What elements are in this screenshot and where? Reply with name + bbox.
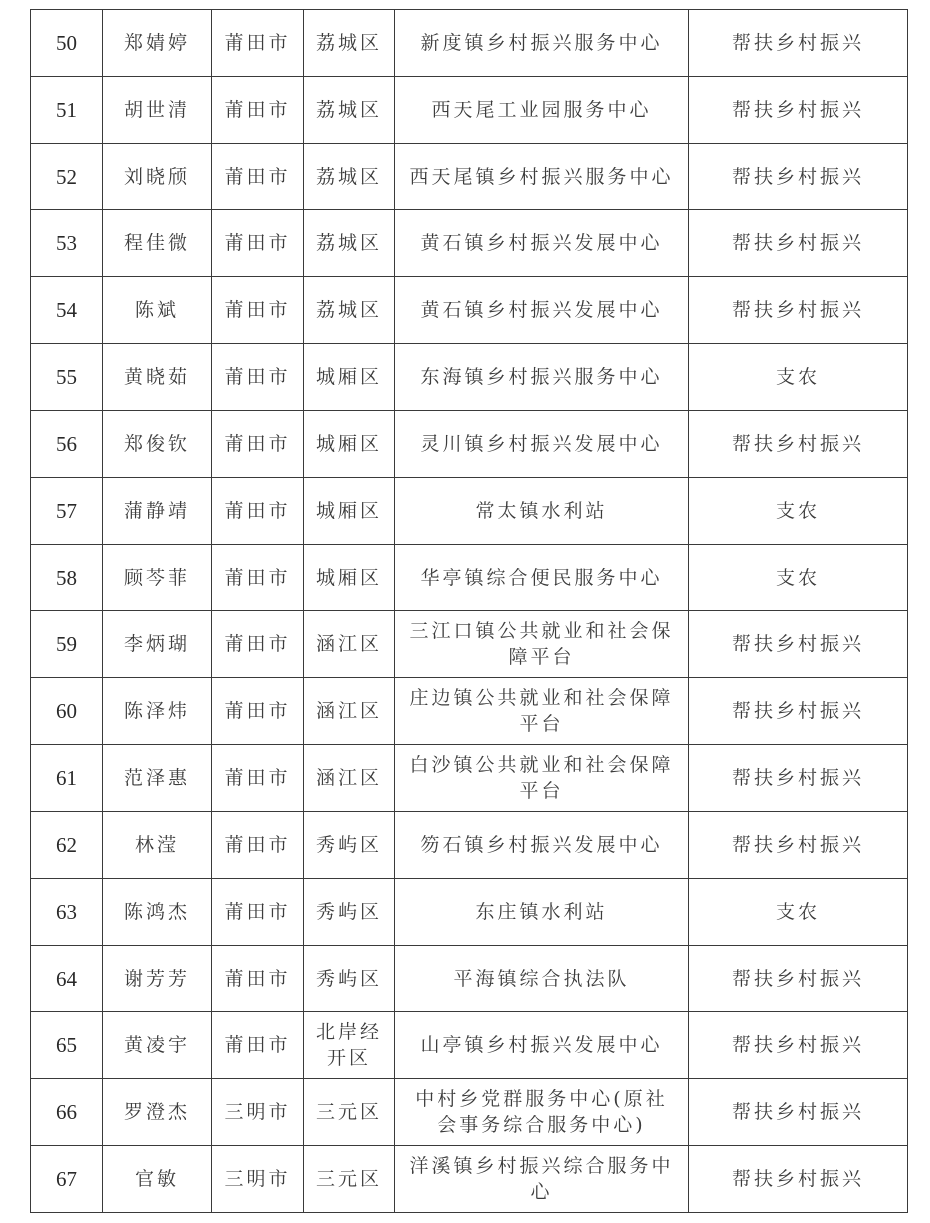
cell-serial-number: 50 xyxy=(31,10,103,77)
cell-person-name: 蒲静靖 xyxy=(103,477,212,544)
cell-serial-number: 59 xyxy=(31,611,103,678)
cell-service-unit: 庄边镇公共就业和社会保障平台 xyxy=(395,678,689,745)
roster-table-body: 50 郑婧婷 莆田市 荔城区 新度镇乡村振兴服务中心 帮扶乡村振兴 51 胡世清… xyxy=(31,10,908,1213)
cell-person-name: 郑俊钦 xyxy=(103,410,212,477)
cell-city: 莆田市 xyxy=(212,611,304,678)
cell-person-name: 程佳微 xyxy=(103,210,212,277)
table-row: 52 刘晓颀 莆田市 荔城区 西天尾镇乡村振兴服务中心 帮扶乡村振兴 xyxy=(31,143,908,210)
cell-service-unit: 中村乡党群服务中心(原社会事务综合服务中心) xyxy=(395,1079,689,1146)
cell-person-name: 郑婧婷 xyxy=(103,10,212,77)
cell-city: 莆田市 xyxy=(212,811,304,878)
cell-person-name: 谢芳芳 xyxy=(103,945,212,1012)
table-row: 60 陈泽炜 莆田市 涵江区 庄边镇公共就业和社会保障平台 帮扶乡村振兴 xyxy=(31,678,908,745)
cell-serial-number: 54 xyxy=(31,277,103,344)
cell-city: 莆田市 xyxy=(212,143,304,210)
cell-service-unit: 东海镇乡村振兴服务中心 xyxy=(395,344,689,411)
cell-city: 莆田市 xyxy=(212,1012,304,1079)
cell-service-unit: 洋溪镇乡村振兴综合服务中心 xyxy=(395,1146,689,1213)
cell-service-unit: 常太镇水利站 xyxy=(395,477,689,544)
cell-person-name: 罗澄杰 xyxy=(103,1079,212,1146)
cell-service-category: 帮扶乡村振兴 xyxy=(689,410,908,477)
table-row: 50 郑婧婷 莆田市 荔城区 新度镇乡村振兴服务中心 帮扶乡村振兴 xyxy=(31,10,908,77)
cell-serial-number: 52 xyxy=(31,143,103,210)
cell-service-unit: 黄石镇乡村振兴发展中心 xyxy=(395,277,689,344)
cell-service-unit: 平海镇综合执法队 xyxy=(395,945,689,1012)
cell-serial-number: 61 xyxy=(31,745,103,812)
cell-serial-number: 67 xyxy=(31,1146,103,1213)
table-row: 57 蒲静靖 莆田市 城厢区 常太镇水利站 支农 xyxy=(31,477,908,544)
cell-service-category: 帮扶乡村振兴 xyxy=(689,76,908,143)
cell-service-unit: 灵川镇乡村振兴发展中心 xyxy=(395,410,689,477)
cell-person-name: 范泽惠 xyxy=(103,745,212,812)
cell-city: 莆田市 xyxy=(212,76,304,143)
cell-service-unit: 笏石镇乡村振兴发展中心 xyxy=(395,811,689,878)
table-row: 63 陈鸿杰 莆田市 秀屿区 东庄镇水利站 支农 xyxy=(31,878,908,945)
cell-service-category: 帮扶乡村振兴 xyxy=(689,945,908,1012)
cell-service-unit: 黄石镇乡村振兴发展中心 xyxy=(395,210,689,277)
cell-service-category: 帮扶乡村振兴 xyxy=(689,143,908,210)
cell-district: 荔城区 xyxy=(304,143,395,210)
cell-service-unit: 新度镇乡村振兴服务中心 xyxy=(395,10,689,77)
cell-district: 三元区 xyxy=(304,1079,395,1146)
cell-district: 北岸经开区 xyxy=(304,1012,395,1079)
cell-serial-number: 64 xyxy=(31,945,103,1012)
cell-serial-number: 63 xyxy=(31,878,103,945)
cell-service-category: 帮扶乡村振兴 xyxy=(689,611,908,678)
roster-sheet: 50 郑婧婷 莆田市 荔城区 新度镇乡村振兴服务中心 帮扶乡村振兴 51 胡世清… xyxy=(30,9,907,1213)
cell-serial-number: 57 xyxy=(31,477,103,544)
cell-district: 涵江区 xyxy=(304,678,395,745)
cell-city: 三明市 xyxy=(212,1079,304,1146)
cell-city: 莆田市 xyxy=(212,410,304,477)
cell-person-name: 刘晓颀 xyxy=(103,143,212,210)
cell-person-name: 陈鸿杰 xyxy=(103,878,212,945)
cell-district: 涵江区 xyxy=(304,745,395,812)
cell-service-unit: 三江口镇公共就业和社会保障平台 xyxy=(395,611,689,678)
cell-person-name: 林滢 xyxy=(103,811,212,878)
cell-district: 城厢区 xyxy=(304,410,395,477)
cell-district: 城厢区 xyxy=(304,477,395,544)
table-row: 65 黄凌宇 莆田市 北岸经开区 山亭镇乡村振兴发展中心 帮扶乡村振兴 xyxy=(31,1012,908,1079)
cell-city: 莆田市 xyxy=(212,210,304,277)
cell-serial-number: 58 xyxy=(31,544,103,611)
cell-city: 莆田市 xyxy=(212,745,304,812)
cell-person-name: 李炳瑚 xyxy=(103,611,212,678)
cell-service-unit: 西天尾工业园服务中心 xyxy=(395,76,689,143)
table-row: 62 林滢 莆田市 秀屿区 笏石镇乡村振兴发展中心 帮扶乡村振兴 xyxy=(31,811,908,878)
cell-city: 莆田市 xyxy=(212,678,304,745)
cell-city: 莆田市 xyxy=(212,477,304,544)
cell-service-unit: 白沙镇公共就业和社会保障平台 xyxy=(395,745,689,812)
cell-service-category: 支农 xyxy=(689,344,908,411)
cell-person-name: 陈泽炜 xyxy=(103,678,212,745)
cell-serial-number: 51 xyxy=(31,76,103,143)
cell-district: 荔城区 xyxy=(304,210,395,277)
cell-city: 三明市 xyxy=(212,1146,304,1213)
cell-service-category: 帮扶乡村振兴 xyxy=(689,811,908,878)
cell-district: 城厢区 xyxy=(304,544,395,611)
cell-service-unit: 东庄镇水利站 xyxy=(395,878,689,945)
cell-district: 荔城区 xyxy=(304,76,395,143)
cell-city: 莆田市 xyxy=(212,878,304,945)
cell-person-name: 官敏 xyxy=(103,1146,212,1213)
table-row: 55 黄晓茹 莆田市 城厢区 东海镇乡村振兴服务中心 支农 xyxy=(31,344,908,411)
cell-district: 荔城区 xyxy=(304,277,395,344)
cell-serial-number: 53 xyxy=(31,210,103,277)
cell-district: 秀屿区 xyxy=(304,878,395,945)
cell-district: 涵江区 xyxy=(304,611,395,678)
cell-service-category: 支农 xyxy=(689,477,908,544)
cell-serial-number: 65 xyxy=(31,1012,103,1079)
table-row: 67 官敏 三明市 三元区 洋溪镇乡村振兴综合服务中心 帮扶乡村振兴 xyxy=(31,1146,908,1213)
cell-district: 秀屿区 xyxy=(304,945,395,1012)
cell-serial-number: 66 xyxy=(31,1079,103,1146)
cell-serial-number: 60 xyxy=(31,678,103,745)
cell-city: 莆田市 xyxy=(212,277,304,344)
cell-service-category: 支农 xyxy=(689,878,908,945)
cell-service-category: 帮扶乡村振兴 xyxy=(689,210,908,277)
cell-service-category: 帮扶乡村振兴 xyxy=(689,745,908,812)
cell-service-unit: 华亭镇综合便民服务中心 xyxy=(395,544,689,611)
table-row: 56 郑俊钦 莆田市 城厢区 灵川镇乡村振兴发展中心 帮扶乡村振兴 xyxy=(31,410,908,477)
cell-service-category: 帮扶乡村振兴 xyxy=(689,1012,908,1079)
table-row: 61 范泽惠 莆田市 涵江区 白沙镇公共就业和社会保障平台 帮扶乡村振兴 xyxy=(31,745,908,812)
cell-person-name: 胡世清 xyxy=(103,76,212,143)
cell-serial-number: 62 xyxy=(31,811,103,878)
table-row: 54 陈斌 莆田市 荔城区 黄石镇乡村振兴发展中心 帮扶乡村振兴 xyxy=(31,277,908,344)
cell-district: 荔城区 xyxy=(304,10,395,77)
roster-table: 50 郑婧婷 莆田市 荔城区 新度镇乡村振兴服务中心 帮扶乡村振兴 51 胡世清… xyxy=(30,9,908,1213)
table-row: 51 胡世清 莆田市 荔城区 西天尾工业园服务中心 帮扶乡村振兴 xyxy=(31,76,908,143)
cell-service-category: 帮扶乡村振兴 xyxy=(689,10,908,77)
cell-person-name: 黄晓茹 xyxy=(103,344,212,411)
cell-service-category: 支农 xyxy=(689,544,908,611)
table-row: 64 谢芳芳 莆田市 秀屿区 平海镇综合执法队 帮扶乡村振兴 xyxy=(31,945,908,1012)
cell-person-name: 陈斌 xyxy=(103,277,212,344)
cell-city: 莆田市 xyxy=(212,945,304,1012)
cell-service-category: 帮扶乡村振兴 xyxy=(689,277,908,344)
cell-person-name: 顾芩菲 xyxy=(103,544,212,611)
cell-serial-number: 55 xyxy=(31,344,103,411)
table-row: 59 李炳瑚 莆田市 涵江区 三江口镇公共就业和社会保障平台 帮扶乡村振兴 xyxy=(31,611,908,678)
cell-person-name: 黄凌宇 xyxy=(103,1012,212,1079)
cell-service-category: 帮扶乡村振兴 xyxy=(689,678,908,745)
cell-district: 城厢区 xyxy=(304,344,395,411)
cell-district: 秀屿区 xyxy=(304,811,395,878)
cell-city: 莆田市 xyxy=(212,344,304,411)
cell-district: 三元区 xyxy=(304,1146,395,1213)
table-row: 58 顾芩菲 莆田市 城厢区 华亭镇综合便民服务中心 支农 xyxy=(31,544,908,611)
cell-service-unit: 西天尾镇乡村振兴服务中心 xyxy=(395,143,689,210)
cell-service-category: 帮扶乡村振兴 xyxy=(689,1079,908,1146)
cell-city: 莆田市 xyxy=(212,544,304,611)
cell-serial-number: 56 xyxy=(31,410,103,477)
cell-service-category: 帮扶乡村振兴 xyxy=(689,1146,908,1213)
table-row: 53 程佳微 莆田市 荔城区 黄石镇乡村振兴发展中心 帮扶乡村振兴 xyxy=(31,210,908,277)
cell-city: 莆田市 xyxy=(212,10,304,77)
cell-service-unit: 山亭镇乡村振兴发展中心 xyxy=(395,1012,689,1079)
table-row: 66 罗澄杰 三明市 三元区 中村乡党群服务中心(原社会事务综合服务中心) 帮扶… xyxy=(31,1079,908,1146)
